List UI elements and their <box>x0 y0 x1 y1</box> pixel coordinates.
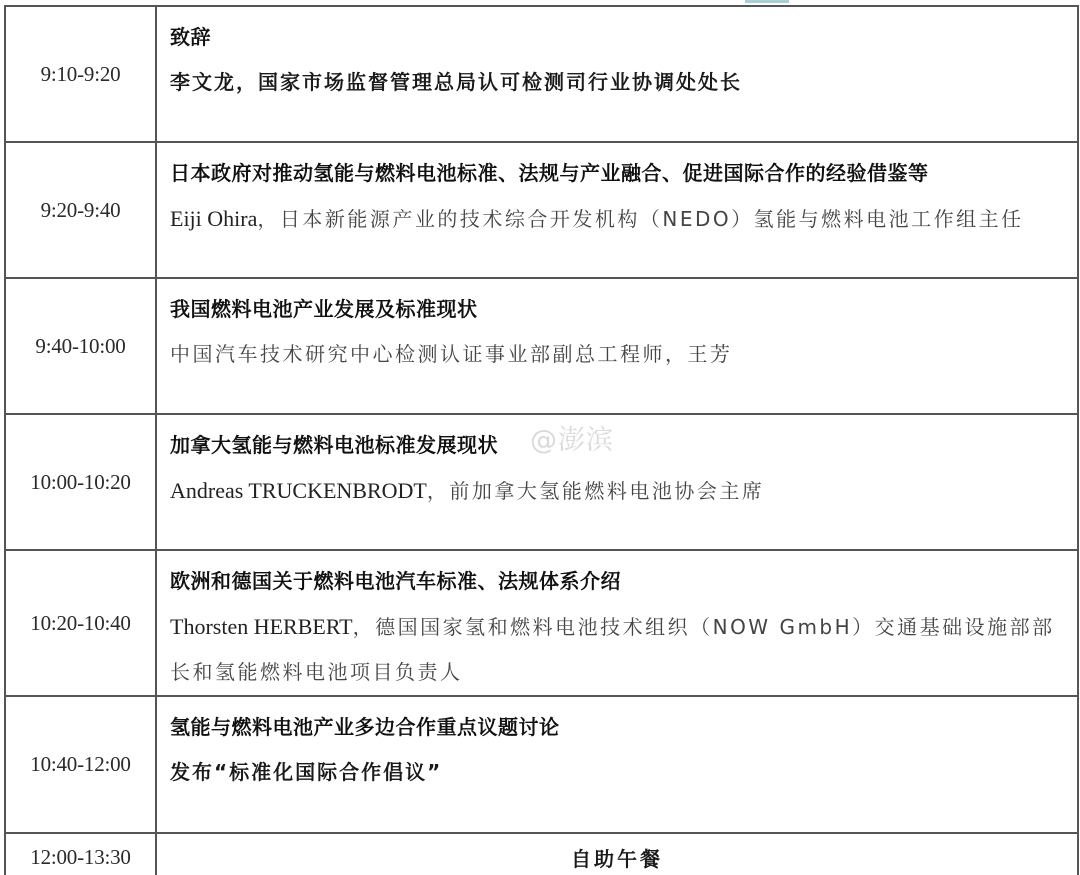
session-title: 日本政府对推动氢能与燃料电池标准、法规与产业融合、促进国际合作的经验借鉴等 <box>170 151 1065 196</box>
session-title: 致辞 <box>170 15 1065 60</box>
agenda-row: 10:00-10:20 加拿大氢能与燃料电池标准发展现状 Andreas TRU… <box>5 414 1078 550</box>
speaker-info: Eiji Ohira，日本新能源产业的技术综合开发机构（NEDO）氢能与燃料电池… <box>170 196 1065 242</box>
agenda-table: 9:10-9:20 致辞 李文龙，国家市场监督管理总局认可检测司行业协调处处长 … <box>4 5 1079 875</box>
time-slot: 10:40-12:00 <box>5 696 156 833</box>
speaker-affiliation: ，前加拿大氢能燃料电池协会主席 <box>427 479 765 503</box>
speaker-name: Eiji Ohira <box>170 206 257 231</box>
session-cell: 日本政府对推动氢能与燃料电池标准、法规与产业融合、促进国际合作的经验借鉴等 Ei… <box>156 142 1078 278</box>
speaker-info: 李文龙，国家市场监督管理总局认可检测司行业协调处处长 <box>170 60 1065 105</box>
session-cell: 欧洲和德国关于燃料电池汽车标准、法规体系介绍 Thorsten HERBERT，… <box>156 550 1078 696</box>
time-slot: 9:10-9:20 <box>5 6 156 142</box>
agenda-row: 9:10-9:20 致辞 李文龙，国家市场监督管理总局认可检测司行业协调处处长 <box>5 6 1078 142</box>
agenda-row: 10:20-10:40 欧洲和德国关于燃料电池汽车标准、法规体系介绍 Thors… <box>5 550 1078 696</box>
speaker-name: Andreas TRUCKENBRODT <box>170 478 427 503</box>
time-slot: 12:00-13:30 <box>5 833 156 875</box>
session-title: 欧洲和德国关于燃料电池汽车标准、法规体系介绍 <box>170 559 1065 604</box>
session-title: 我国燃料电池产业发展及标准现状 <box>170 287 1065 332</box>
session-subtitle: 发布“标准化国际合作倡议” <box>170 750 1065 795</box>
time-slot: 10:00-10:20 <box>5 414 156 550</box>
session-cell: 我国燃料电池产业发展及标准现状 中国汽车技术研究中心检测认证事业部副总工程师，王… <box>156 278 1078 414</box>
time-slot: 9:40-10:00 <box>5 278 156 414</box>
agenda-row: 9:40-10:00 我国燃料电池产业发展及标准现状 中国汽车技术研究中心检测认… <box>5 278 1078 414</box>
speaker-name: Thorsten HERBERT <box>170 614 353 639</box>
agenda-row: 9:20-9:40 日本政府对推动氢能与燃料电池标准、法规与产业融合、促进国际合… <box>5 142 1078 278</box>
speaker-info: Thorsten HERBERT，德国国家氢和燃料电池技术组织（NOW GmbH… <box>170 604 1065 695</box>
speaker-info: Andreas TRUCKENBRODT，前加拿大氢能燃料电池协会主席 <box>170 468 1065 514</box>
session-cell: 氢能与燃料电池产业多边合作重点议题讨论 发布“标准化国际合作倡议” <box>156 696 1078 833</box>
session-cell: 致辞 李文龙，国家市场监督管理总局认可检测司行业协调处处长 <box>156 6 1078 142</box>
time-slot: 10:20-10:40 <box>5 550 156 696</box>
agenda-row-lunch: 12:00-13:30 自助午餐 <box>5 833 1078 875</box>
agenda-row: 10:40-12:00 氢能与燃料电池产业多边合作重点议题讨论 发布“标准化国际… <box>5 696 1078 833</box>
session-title: 氢能与燃料电池产业多边合作重点议题讨论 <box>170 705 1065 750</box>
speaker-affiliation: ，日本新能源产业的技术综合开发机构（NEDO）氢能与燃料电池工作组主任 <box>257 207 1023 231</box>
lunch-label: 自助午餐 <box>156 833 1078 875</box>
session-cell: 加拿大氢能与燃料电池标准发展现状 Andreas TRUCKENBRODT，前加… <box>156 414 1078 550</box>
cropped-header-element <box>745 0 789 3</box>
session-title: 加拿大氢能与燃料电池标准发展现状 <box>170 423 1065 468</box>
speaker-info: 中国汽车技术研究中心检测认证事业部副总工程师，王芳 <box>170 332 1065 377</box>
time-slot: 9:20-9:40 <box>5 142 156 278</box>
